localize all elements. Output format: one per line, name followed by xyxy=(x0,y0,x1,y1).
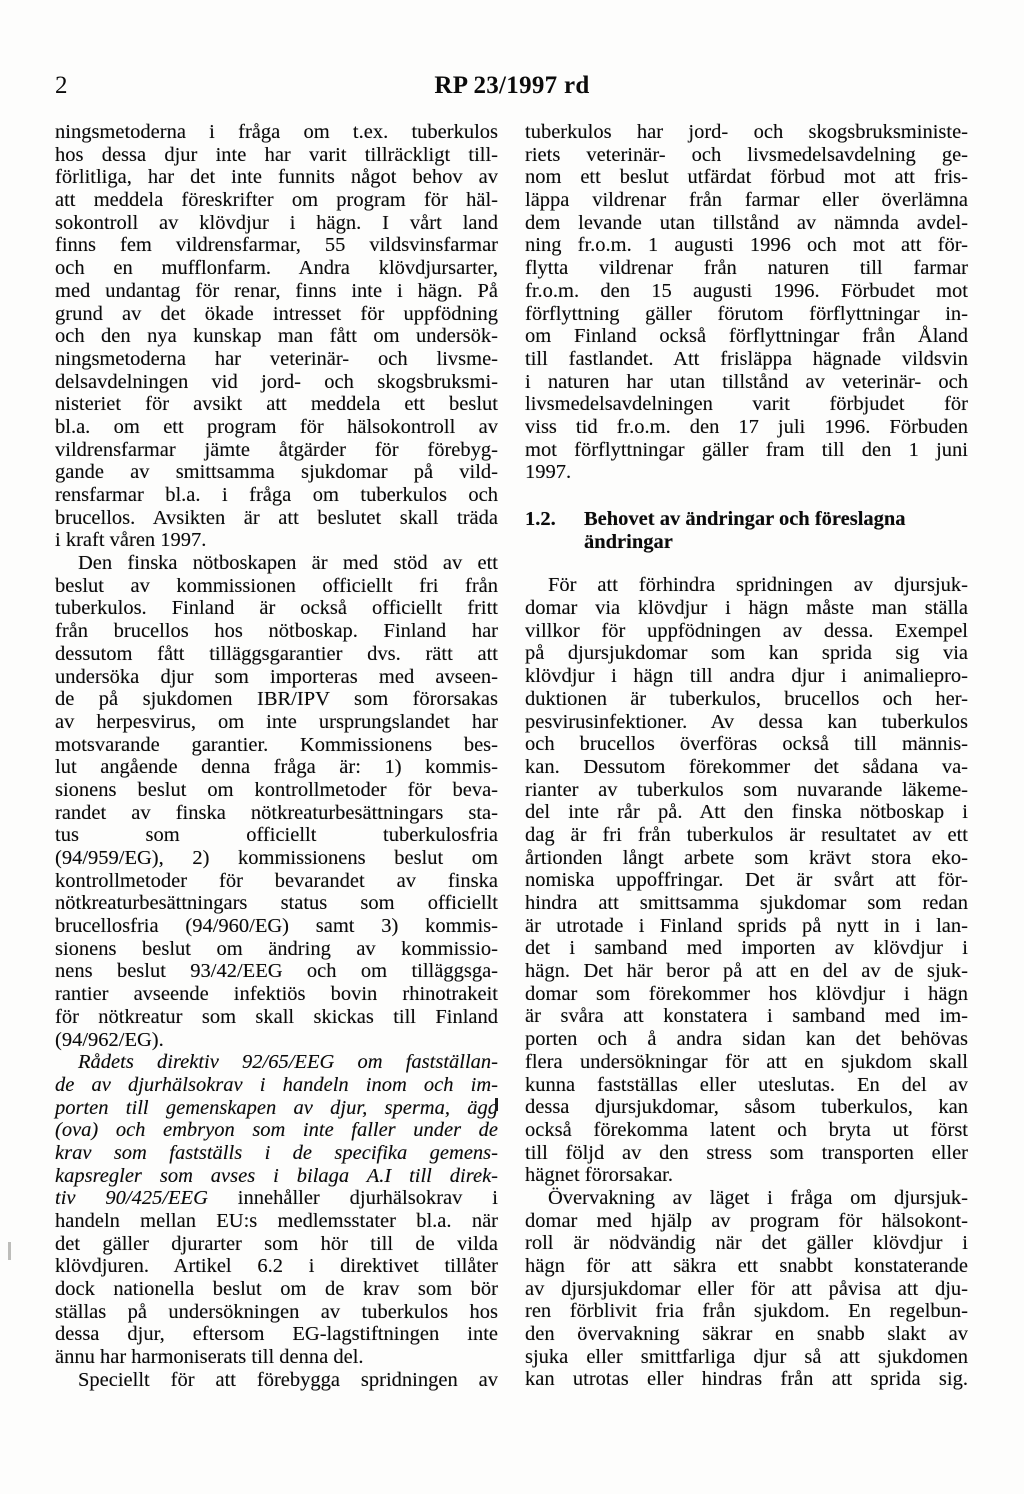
scan-artifact xyxy=(495,1098,498,1111)
text-run: innehåller djurhälsokrav i xyxy=(208,1187,498,1209)
text-line: i kraft våren 1997. xyxy=(55,529,498,552)
text-line: hos dessa djur inte har varit tillräckli… xyxy=(55,144,498,167)
text-line: hindra att smittsamma sjukdomar som reda… xyxy=(525,892,968,915)
section-heading-line: Behovet av ändringar och föreslagna xyxy=(584,508,968,531)
text-line: ren förblivit fria från sjukdom. En rege… xyxy=(525,1300,968,1323)
text-line: flytta vildrenar från naturen till farma… xyxy=(525,257,968,280)
text-line: hägnet förorsakar. xyxy=(525,1164,968,1187)
text-line: rantier avseende infektiös bovin rhinotr… xyxy=(55,983,498,1006)
text-line: porten och å andra sidan kan det behövas xyxy=(525,1028,968,1051)
text-line: sokontroll av klövdjur i hägn. I vårt la… xyxy=(55,212,498,235)
text-line: domar med hjälp av program för hälsokont… xyxy=(525,1210,968,1233)
text-line: dessutom fått tilläggsgarantier dvs. rät… xyxy=(55,643,498,666)
text-line: villkor för uppfödningen av dessa. Exemp… xyxy=(525,620,968,643)
text-line: hägn för att säkra ett snabbt konstatera… xyxy=(525,1255,968,1278)
text-line: till fastlandet. Att frisläppa hägnade v… xyxy=(525,348,968,371)
page-number: 2 xyxy=(55,72,68,100)
text-line: och den nya kunskap man fått om undersök… xyxy=(55,325,498,348)
section-number: 1.2. xyxy=(525,508,584,553)
text-line: tuberkulos. Finland är också officiellt … xyxy=(55,597,498,620)
text-line: på djursjukdomar som kan sprida sig via xyxy=(525,642,968,665)
text-line: kan utrotas eller hindras från att sprid… xyxy=(525,1368,968,1391)
text-line: handeln mellan EU:s medlemsstater bl.a. … xyxy=(55,1210,498,1233)
text-line: tus som officiellt tuberkulosfria xyxy=(55,824,498,847)
text-line: dem levande utan tillstånd av nämnda avd… xyxy=(525,212,968,235)
text-line: och en mufflonfarm. Andra klövdjursarter… xyxy=(55,257,498,280)
text-line: gande av smittsamma sjukdomar på vild- xyxy=(55,461,498,484)
text-line: domar via klövdjur i hägn måste man stäl… xyxy=(525,597,968,620)
text-line: brucellos. Avsikten är att beslutet skal… xyxy=(55,507,498,530)
text-line: vildrensfarmar jämte åtgärder för föreby… xyxy=(55,439,498,462)
text-line: (94/962/EG). xyxy=(55,1029,498,1052)
text-line: också förekomma latent och bryta ut förs… xyxy=(525,1119,968,1142)
text-line: med undantag för renar, finns inte i häg… xyxy=(55,280,498,303)
text-line: beslut av kommissionen officiellt fri fr… xyxy=(55,575,498,598)
text-line: klövdjuren. Artikel 6.2 i direktivet til… xyxy=(55,1255,498,1278)
text-line: kapsregler som avses i bilaga A.I till d… xyxy=(55,1165,498,1188)
text-line: de av djurhälsokrav i handeln inom och i… xyxy=(55,1074,498,1097)
text-line: och brucellos överföras också till männi… xyxy=(525,733,968,756)
text-line: kontrollmetoder för bevarandet av finska xyxy=(55,870,498,893)
text-line: grund av det ökade intresset för uppfödn… xyxy=(55,303,498,326)
text-line: finns fem vildrensfarmar, 55 vildsvinsfa… xyxy=(55,234,498,257)
text-line: roll är nödvändig när det gäller klövdju… xyxy=(525,1232,968,1255)
text-line: ning fr.o.m. 1 augusti 1996 och mot att … xyxy=(525,234,968,257)
section-heading-line: ändringar xyxy=(584,531,968,554)
text-line: nomiska uppoffringar. Det är svårt att f… xyxy=(525,869,968,892)
scan-artifact xyxy=(8,1242,11,1260)
document-page: 2 RP 23/1997 rd ningsmetoderna i fråga o… xyxy=(0,0,1024,1494)
text-line: dock nationella beslut om de krav som bö… xyxy=(55,1278,498,1301)
text-line: den övervakning säkrar en snabb slakt av xyxy=(525,1323,968,1346)
text-line: från brucellos hos nötboskap. Finland ha… xyxy=(55,620,498,643)
text-line: ställas på undersökningen av tuberkulos … xyxy=(55,1301,498,1324)
text-line: i naturen har utan tillstånd av veterinä… xyxy=(525,371,968,394)
text-line: viss tid fr.o.m. den 17 juli 1996. Förbu… xyxy=(525,416,968,439)
text-line: för nötkreatur som skall skickas till Fi… xyxy=(55,1006,498,1029)
text-line: Övervakning av läget i fråga om djursjuk… xyxy=(525,1187,968,1210)
text-line: tuberkulos har jord- och skogsbruksminis… xyxy=(525,121,968,144)
text-line: förlitliga, har det inte funnits något b… xyxy=(55,166,498,189)
text-line: bl.a. om ett program för hälsokontroll a… xyxy=(55,416,498,439)
text-line: domar som förekommer hos klövdjur i hägn xyxy=(525,983,968,1006)
text-line: ningsmetoderna har veterinär- och livsme… xyxy=(55,348,498,371)
text-line: dessa djur, eftersom EG-lagstiftningen i… xyxy=(55,1323,498,1346)
text-line: dag är fri från tuberkulos är resultatet… xyxy=(525,824,968,847)
text-line: flera undersökningar för att en sjukdom … xyxy=(525,1051,968,1074)
text-line: det gäller djurarter som hör till de vil… xyxy=(55,1233,498,1256)
text-line: sionens beslut om ändring av kommissio- xyxy=(55,938,498,961)
text-line: av herpesvirus, om inte ursprungslandet … xyxy=(55,711,498,734)
text-line: de på sjukdomen IBR/IPV som förorsakas xyxy=(55,688,498,711)
text-line: hägn. Det här beror på att en del av de … xyxy=(525,960,968,983)
text-line: lut angående denna fråga är: 1) kommis- xyxy=(55,756,498,779)
text-line: Speciellt för att förebygga spridningen … xyxy=(55,1369,498,1392)
text-line: kan. Dessutom förekommer det sådana va- xyxy=(525,756,968,779)
text-line: rensfarmar bl.a. i fråga om tuberkulos o… xyxy=(55,484,498,507)
text-line: delsavdelningen vid jord- och skogsbruks… xyxy=(55,371,498,394)
text-line: att meddela föreskrifter om program för … xyxy=(55,189,498,212)
text-line: del inte rår på. Att den finska nötboska… xyxy=(525,801,968,824)
text-line: Rådets direktiv 92/65/EEG om fastställan… xyxy=(55,1051,498,1074)
header-title: RP 23/1997 rd xyxy=(0,72,1024,100)
text-line: sionens beslut om kontrollmetoder för be… xyxy=(55,779,498,802)
text-line: nens beslut 93/42/EEG och om tilläggsga- xyxy=(55,960,498,983)
text-line: duktionen är tuberkulos, brucellos och h… xyxy=(525,688,968,711)
text-line: kunna fastställas eller uteslutas. En de… xyxy=(525,1074,968,1097)
right-column: tuberkulos har jord- och skogsbruksminis… xyxy=(525,121,968,1392)
text-line: (94/959/EG), 2) kommissionens beslut om xyxy=(55,847,498,870)
text-line: till följd av den stress som transporten… xyxy=(525,1142,968,1165)
text-line: är svåra att konstatera i samband med im… xyxy=(525,1005,968,1028)
page-header: 2 RP 23/1997 rd xyxy=(0,72,1024,102)
text-line: om Finland också förflyttningar från Åla… xyxy=(525,325,968,348)
text-line: nom ett beslut utfärdat förbud mot att f… xyxy=(525,166,968,189)
text-line: krav som fastställs i de specifika gemen… xyxy=(55,1142,498,1165)
text-line: mot förflyttningar gäller fram till den … xyxy=(525,439,968,462)
text-line: För att förhindra spridningen av djursju… xyxy=(525,574,968,597)
text-line: brucellosfria (94/960/EG) samt 3) kommis… xyxy=(55,915,498,938)
text-line: av djursjukdomar eller för att påvisa at… xyxy=(525,1278,968,1301)
text-line: ningsmetoderna i fråga om t.ex. tuberkul… xyxy=(55,121,498,144)
italic-text-run: tiv 90/425/EEG xyxy=(55,1187,208,1209)
text-line: rianter av tuberkulos som nuvarande läke… xyxy=(525,779,968,802)
text-columns: ningsmetoderna i fråga om t.ex. tuberkul… xyxy=(55,121,968,1392)
text-line: årtionden långt arbete som krävt stora e… xyxy=(525,847,968,870)
text-line: randet av finska nötkreaturbesättningars… xyxy=(55,802,498,825)
text-line: sjuka eller smittfarliga djur så att sju… xyxy=(525,1346,968,1369)
text-line: riets veterinär- och livsmedelsavdelning… xyxy=(525,144,968,167)
text-line: nisteriet för avsikt att meddela ett bes… xyxy=(55,393,498,416)
text-line: 1997. xyxy=(525,461,968,484)
text-line: fr.o.m. den 15 augusti 1996. Förbudet mo… xyxy=(525,280,968,303)
section-heading: 1.2.Behovet av ändringar och föreslagnaä… xyxy=(525,508,968,553)
text-line: Den finska nötboskapen är med stöd av et… xyxy=(55,552,498,575)
text-line: förflyttning gäller förutom förflyttning… xyxy=(525,303,968,326)
text-line: det i samband med importen av klövdjur i xyxy=(525,937,968,960)
text-line: nötkreaturbesättningars status som offic… xyxy=(55,892,498,915)
left-column: ningsmetoderna i fråga om t.ex. tuberkul… xyxy=(55,121,498,1392)
text-line: porten till gemenskapen av djur, sperma,… xyxy=(55,1097,498,1120)
text-line: livsmedelsavdelningen varit förbjudet fö… xyxy=(525,393,968,416)
text-line: tiv 90/425/EEG innehåller djurhälsokrav … xyxy=(55,1187,498,1210)
text-line: är utrotade i Finland sprids på nytt in … xyxy=(525,915,968,938)
text-line: dessa djursjukdomar, såsom tuberkulos, k… xyxy=(525,1096,968,1119)
text-line: ännu har harmoniserats till denna del. xyxy=(55,1346,498,1369)
text-line: motsvarande garantier. Kommissionens bes… xyxy=(55,734,498,757)
text-line: (ova) och embryon som inte faller under … xyxy=(55,1119,498,1142)
text-line: undersöka djur som importeras med avseen… xyxy=(55,666,498,689)
text-line: pesvirusinfektioner. Av dessa kan tuberk… xyxy=(525,711,968,734)
text-line: klövdjur i hägn till andra djur i animal… xyxy=(525,665,968,688)
text-line: läppa vildrenar från farmar eller överlä… xyxy=(525,189,968,212)
